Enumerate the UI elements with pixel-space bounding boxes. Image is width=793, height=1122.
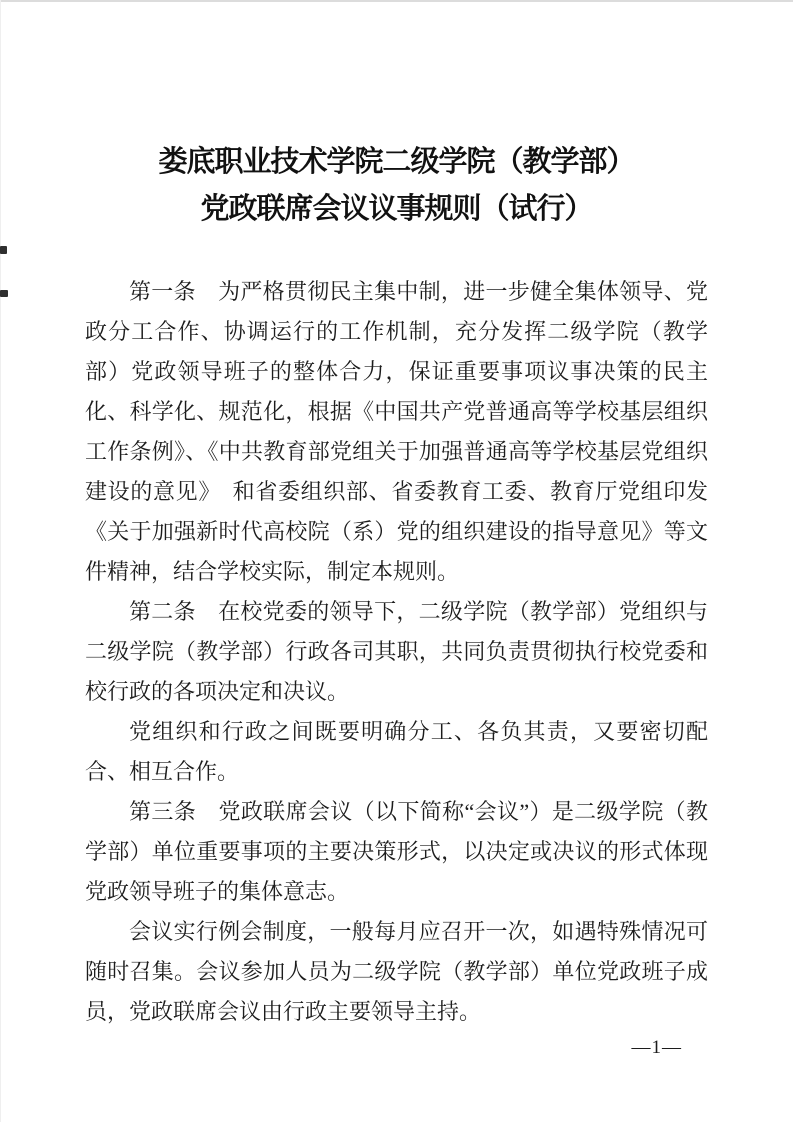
paragraph-article-3-continued: 会议实行例会制度，一般每月应召开一次，如遇特殊情况可随时召集。会议参加人员为二级… bbox=[85, 912, 708, 1032]
document-title-line-1: 娄底职业技术学院二级学院（教学部） bbox=[0, 139, 793, 186]
document-title: 娄底职业技术学院二级学院（教学部） 党政联席会议议事规则（试行） bbox=[0, 139, 793, 233]
scan-speck bbox=[0, 290, 8, 297]
scan-speck bbox=[0, 246, 7, 254]
page-number: —1— bbox=[632, 1036, 683, 1060]
document-page: 娄底职业技术学院二级学院（教学部） 党政联席会议议事规则（试行） 第一条 为严格… bbox=[0, 0, 793, 1122]
paragraph-article-1: 第一条 为严格贯彻民主集中制，进一步健全集体领导、党政分工合作、协调运行的工作机… bbox=[85, 272, 708, 592]
paragraph-article-2: 第二条 在校党委的领导下，二级学院（教学部）党组织与二级学院（教学部）行政各司其… bbox=[85, 592, 708, 712]
scan-top-edge-line bbox=[0, 0, 793, 2]
document-title-line-2: 党政联席会议议事规则（试行） bbox=[0, 186, 793, 233]
document-body: 第一条 为严格贯彻民主集中制，进一步健全集体领导、党政分工合作、协调运行的工作机… bbox=[85, 272, 708, 1032]
paragraph-article-3: 第三条 党政联席会议（以下简称“会议”）是二级学院（教学部）单位重要事项的主要决… bbox=[85, 792, 708, 912]
paragraph-article-2-continued: 党组织和行政之间既要明确分工、各负其责，又要密切配合、相互合作。 bbox=[85, 712, 708, 792]
